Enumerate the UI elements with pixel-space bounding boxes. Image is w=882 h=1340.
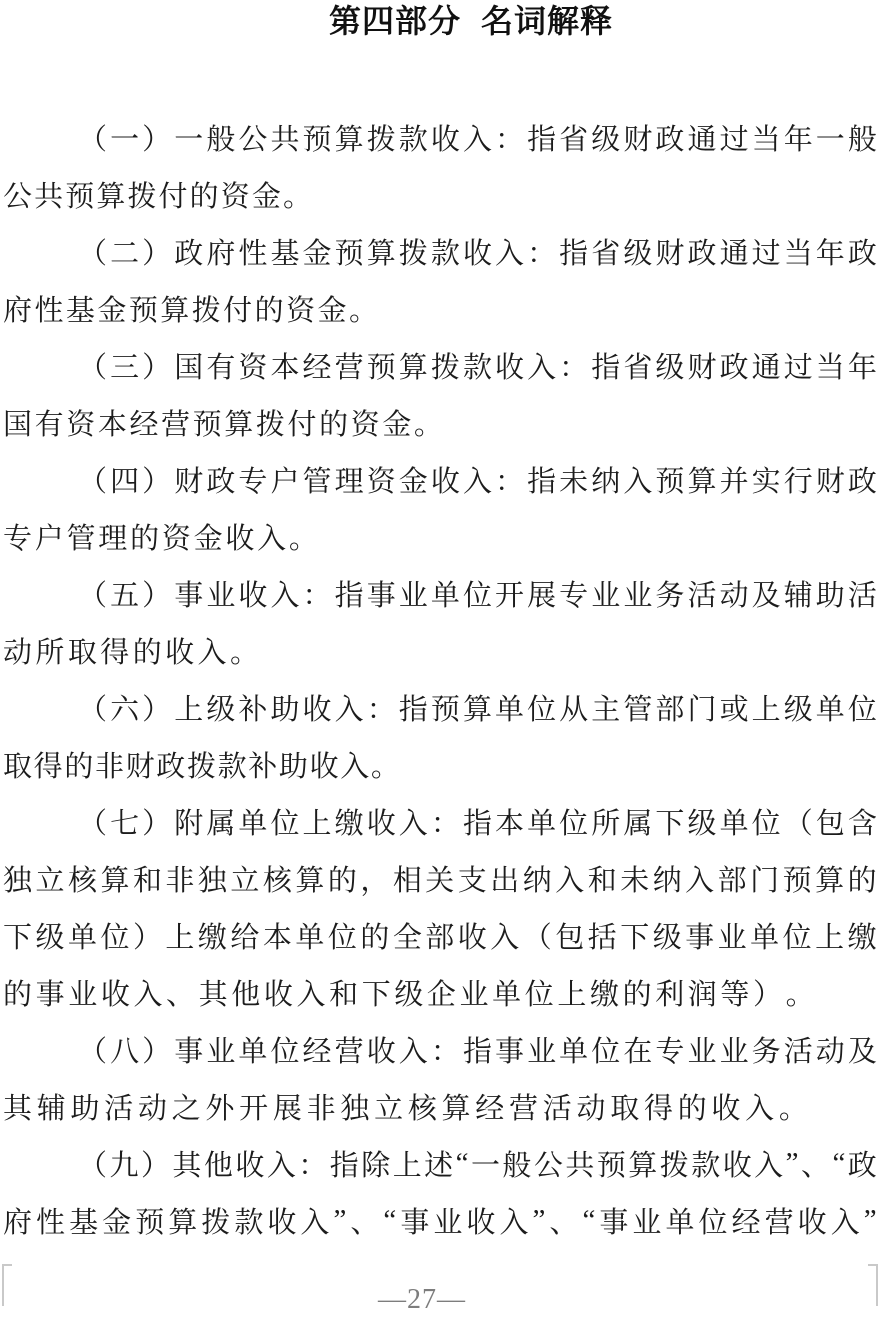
text-line-p4-l1: （四）财政专户管理资金收入：指未纳入预算并实行财政 bbox=[78, 451, 877, 508]
page-footer: —27— bbox=[0, 1284, 844, 1316]
text-line-p8-l1: （八）事业单位经营收入：指事业单位在专业业务活动及 bbox=[78, 1021, 877, 1078]
text-line-p7-l3: 下级单位）上缴给本单位的全部收入（包括下级事业单位上缴 bbox=[3, 907, 877, 964]
page-corner-mark-left bbox=[2, 1264, 12, 1306]
text-line-p2-l2: 府性基金预算拨付的资金。 bbox=[3, 280, 378, 337]
text-line-p5-l1: （五）事业收入：指事业单位开展专业业务活动及辅助活 bbox=[78, 565, 877, 622]
text-line-p9-l1: （九）其他收入：指除上述“一般公共预算拨款收入”、“政 bbox=[78, 1135, 877, 1192]
text-line-p7-l1: （七）附属单位上缴收入：指本单位所属下级单位（包含 bbox=[78, 793, 877, 850]
page-number: —27— bbox=[378, 1284, 466, 1315]
text-line-p6-l2: 取得的非财政拨款补助收入。 bbox=[3, 736, 400, 793]
text-line-p1-l2: 公共预算拨付的资金。 bbox=[3, 166, 312, 223]
text-line-p8-l2: 其辅助活动之外开展非独立核算经营活动取得的收入。 bbox=[3, 1078, 808, 1135]
page-corner-mark-right bbox=[868, 1264, 878, 1306]
text-line-p5-l2: 动所取得的收入。 bbox=[3, 622, 259, 679]
text-line-p3-l1: （三）国有资本经营预算拨款收入：指省级财政通过当年 bbox=[78, 337, 877, 394]
text-line-p3-l2: 国有资本经营预算拨付的资金。 bbox=[3, 394, 443, 451]
text-line-p1-l1: （一）一般公共预算拨款收入：指省级财政通过当年一般 bbox=[78, 109, 877, 166]
text-line-p2-l1: （二）政府性基金预算拨款收入：指省级财政通过当年政 bbox=[78, 223, 877, 280]
body-text: （一）一般公共预算拨款收入：指省级财政通过当年一般公共预算拨付的资金。（二）政府… bbox=[3, 109, 877, 1249]
page-title: 第四部分 名词解释 bbox=[0, 0, 882, 42]
text-line-p9-l2: 府性基金预算拨款收入”、“事业收入”、“事业单位经营收入” bbox=[3, 1192, 877, 1249]
text-line-p7-l2: 独立核算和非独立核算的，相关支出纳入和未纳入部门预算的 bbox=[3, 850, 877, 907]
text-line-p7-l4: 的事业收入、其他收入和下级企业单位上缴的利润等）。 bbox=[3, 964, 815, 1021]
text-line-p6-l1: （六）上级补助收入：指预算单位从主管部门或上级单位 bbox=[78, 679, 877, 736]
document-page: 第四部分 名词解释 （一）一般公共预算拨款收入：指省级财政通过当年一般公共预算拨… bbox=[0, 0, 882, 1340]
text-line-p4-l2: 专户管理的资金收入。 bbox=[3, 508, 318, 565]
